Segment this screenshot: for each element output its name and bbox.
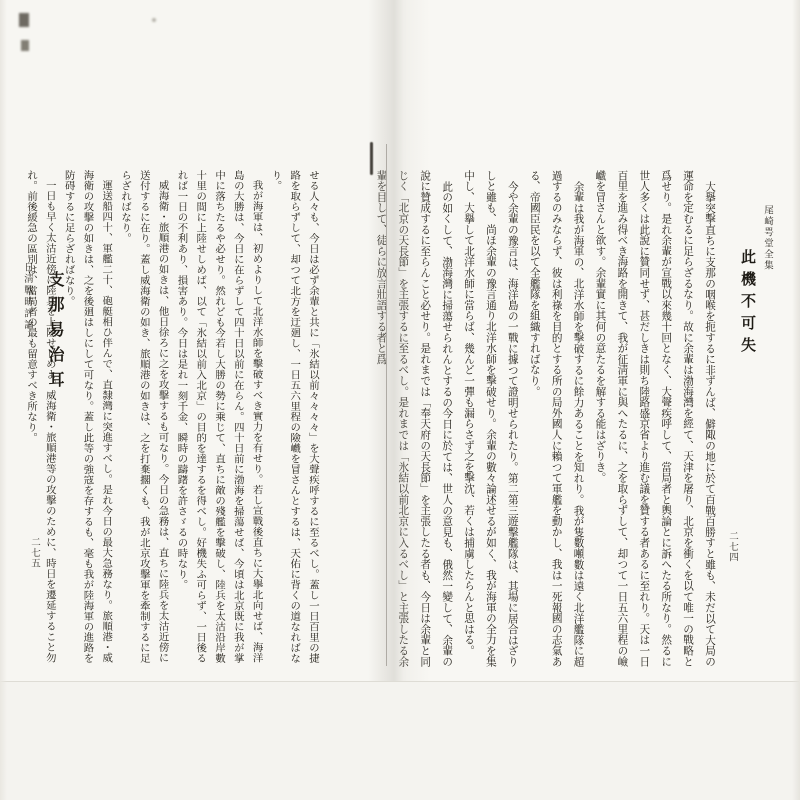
page-gutter-shadow xyxy=(368,0,430,800)
fold-line xyxy=(386,144,387,666)
body-paragraph: 一日も早く太沽近傍に陸兵を上陸せしめよ。威海衛・旅順港等の攻擊のために、時日を遷… xyxy=(21,170,59,667)
left-running-title: 日淸戰時評論 xyxy=(20,262,34,331)
right-running-title: 尾崎咢堂全集 xyxy=(760,205,774,271)
next-chapter-title: 支那易治耳 xyxy=(44,271,67,396)
body-paragraph: せる人々も、今日は必ず余輩と共に「氷結以前々々々々」を大聲疾呼するに至るべし。蓋… xyxy=(266,170,322,667)
body-paragraph: 運送船四十、軍艦二十、砲艇相ひ伴んで、直隸灣に突進すべし。是れ今日の最大急務なり… xyxy=(59,170,115,667)
body-paragraph: 我が海軍は、初めよりして北洋水師を擊破すべき實力を有せり。若し宣戰後直ちに大擧北… xyxy=(172,170,266,667)
body-paragraph: 余輩は我が海軍の、北洋水師を擊破するに餘力あることを知れり。我が隻數噸數は遠く北… xyxy=(523,170,589,667)
scan-speck xyxy=(152,18,156,22)
ink-streak xyxy=(370,142,373,175)
body-paragraph: 今や余輩の豫言は、海洋島の一戰に據つて證明せられたり。第二第三遊擊艦隊は、其場に… xyxy=(457,170,523,667)
right-page-body: 大擧突擊直ちに支那の咽喉を扼するに非ずんば、僻陬の地に於て百戰百勝すと雖も、未だ… xyxy=(412,170,720,667)
page-edge-shadow xyxy=(792,0,800,800)
page-edge-shadow xyxy=(0,0,7,800)
bottom-margin-band xyxy=(0,682,800,800)
body-paragraph: 威海衛・旅順港の如きは、他日徐ろに之を攻擊するも可なり。今日の急務は、直ちに陸兵… xyxy=(115,170,171,667)
book-spread-scan: せる人々も、今日は必ず余輩と共に「氷結以前々々々々」を大聲疾呼するに至るべし。蓋… xyxy=(0,0,800,800)
scan-speck xyxy=(19,13,29,27)
body-paragraph: 大擧突擊直ちに支那の咽喉を扼するに非ずんば、僻陬の地に於て百戰百勝すと雖も、未だ… xyxy=(589,170,720,667)
left-page: せる人々も、今日は必ず余輩と共に「氷結以前々々々々」を大聲疾呼するに至るべし。蓋… xyxy=(0,0,406,800)
scan-speck xyxy=(21,40,29,51)
left-page-body: せる人々も、今日は必ず余輩と共に「氷結以前々々々々」を大聲疾呼するに至るべし。蓋… xyxy=(58,170,322,667)
chapter-title: 此機不可失 xyxy=(738,249,759,359)
left-page-number: 二七五 xyxy=(27,537,41,569)
right-page-number: 二七四 xyxy=(725,531,739,563)
